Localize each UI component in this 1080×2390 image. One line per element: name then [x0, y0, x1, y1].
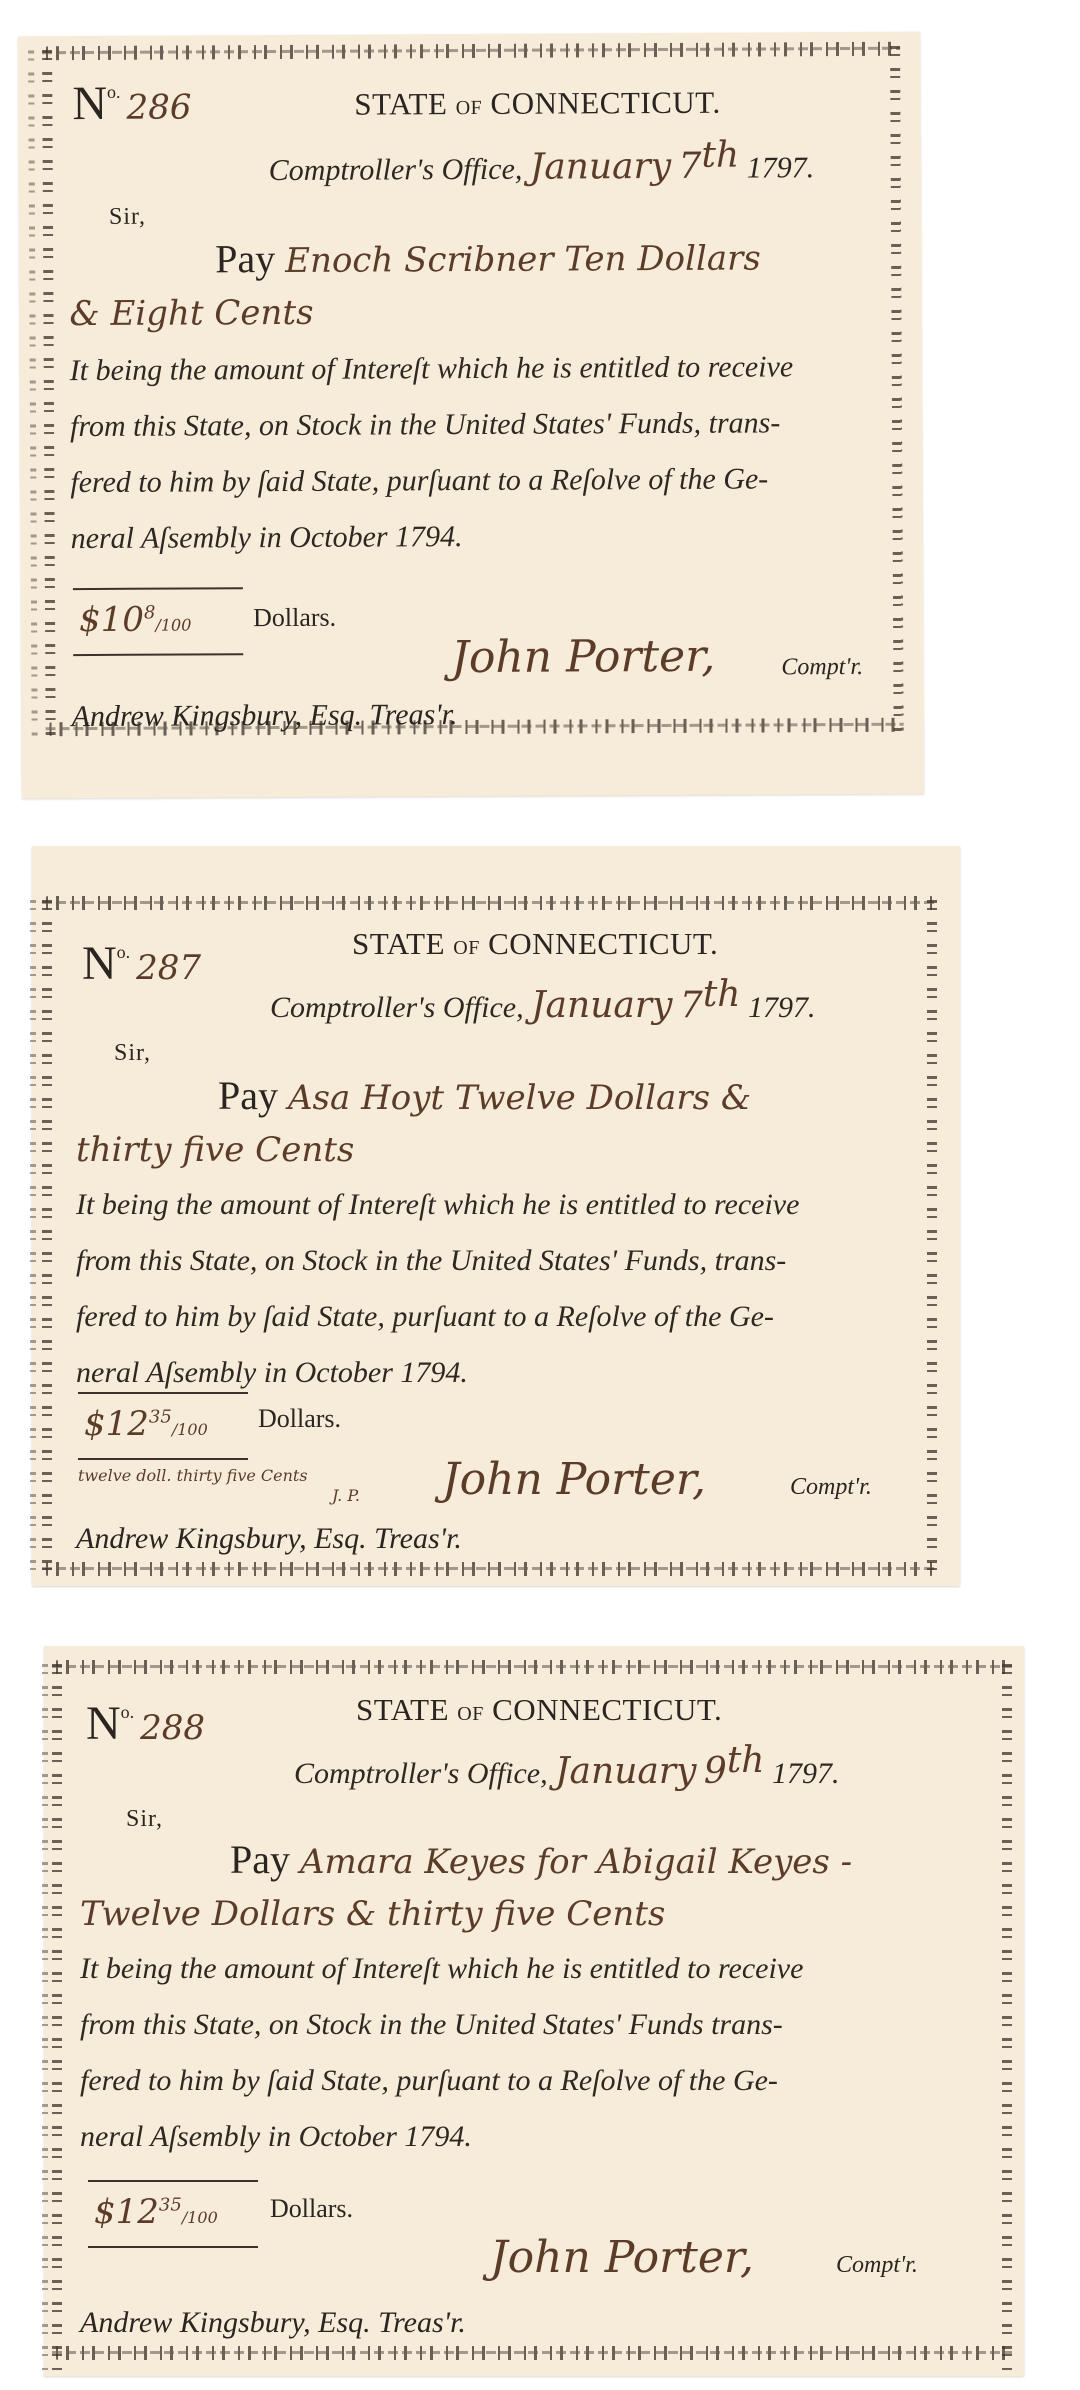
body-line-3: fered to him by ſaid State, purſuant to … — [80, 2064, 778, 2098]
treasurer-line: Andrew Kingsbury, Esq. Treas'r. — [80, 2306, 466, 2340]
document-number: No.286 — [72, 75, 191, 131]
comptroller-title: Compt'r. — [790, 1474, 872, 1501]
office-date-line: Comptroller's Office, January 9th 1797. — [294, 1740, 839, 1792]
body-line-1: It being the amount of Intereſt which he… — [80, 1952, 803, 1986]
document-286: No.286 STATE OF CONNECTICUT. Comptroller… — [18, 32, 924, 799]
page-title: STATE OF CONNECTICUT. — [356, 1692, 722, 1728]
document-number: No.287 — [82, 936, 201, 991]
document-287: No.287 STATE OF CONNECTICUT. Comptroller… — [32, 846, 960, 1586]
body-line-2: from this State, on Stock in the United … — [70, 406, 780, 444]
date-year: 1797. — [772, 1757, 840, 1790]
treasurer-line: Andrew Kingsbury, Esq. Treas'r. — [71, 698, 457, 734]
amount-box: $108/100 — [73, 587, 243, 656]
salutation: Sir, — [126, 1806, 163, 1833]
office-date-line: Comptroller's Office, January 7th 1797. — [270, 974, 815, 1026]
pay-line: PayEnoch Scribner Ten Dollars — [215, 232, 761, 282]
date-month: January — [530, 146, 671, 188]
amount-written-note: twelve doll. thirty five Cents — [78, 1466, 308, 1485]
body-line-2: from this State, on Stock in the United … — [76, 1244, 786, 1278]
salutation: Sir, — [114, 1040, 151, 1067]
dollars-label: Dollars. — [253, 603, 336, 633]
payee-line-2: Twelve Dollars & thirty five Cents — [80, 1894, 665, 1934]
date-year: 1797. — [747, 151, 815, 184]
document-number: No.288 — [86, 1696, 205, 1751]
date-day: 9 — [704, 1751, 727, 1792]
date-month: January — [555, 1751, 696, 1792]
comptroller-signature: John Porter, — [442, 1454, 706, 1505]
body-line-4: neral Aſsembly in October 1794. — [76, 1356, 468, 1390]
comptroller-signature: John Porter, — [451, 631, 715, 683]
date-day: 7 — [680, 985, 703, 1026]
body-line-1: It being the amount of Intereſt which he… — [76, 1188, 799, 1222]
payee: Asa Hoyt Twelve Dollars & — [288, 1078, 751, 1118]
number-value: 286 — [126, 87, 191, 127]
body-line-3: fered to him by ſaid State, purſuant to … — [70, 462, 768, 500]
date-day: 7 — [679, 146, 702, 187]
amount-box: $1235/100 — [88, 2180, 258, 2248]
body-line-2: from this State, on Stock in the United … — [80, 2008, 783, 2042]
amount-value: $1235/100 — [84, 1404, 208, 1444]
amount-value: $108/100 — [79, 599, 192, 640]
salutation: Sir, — [109, 204, 146, 231]
note-initials: J. P. — [332, 1486, 360, 1505]
dollars-label: Dollars. — [258, 1404, 341, 1434]
number-value: 288 — [140, 1708, 205, 1748]
treasurer-line: Andrew Kingsbury, Esq. Treas'r. — [76, 1522, 462, 1556]
amount-box: $1235/100 — [78, 1392, 248, 1460]
body-line-1: It being the amount of Intereſt which he… — [70, 350, 794, 388]
page-title: STATE OF CONNECTICUT. — [352, 926, 718, 962]
dollars-label: Dollars. — [270, 2194, 353, 2224]
document-288: No.288 STATE OF CONNECTICUT. Comptroller… — [44, 1646, 1024, 2376]
payee-line-2: & Eight Cents — [69, 293, 313, 334]
payee: Amara Keyes for Abigail Keyes - — [300, 1842, 852, 1882]
body-line-4: neral Aſsembly in October 1794. — [80, 2120, 472, 2154]
date-year: 1797. — [748, 991, 816, 1024]
comptroller-title: Compt'r. — [836, 2252, 918, 2279]
payee: Enoch Scribner Ten Dollars — [285, 238, 761, 280]
page-title: STATE OF CONNECTICUT. — [354, 85, 720, 123]
body-line-4: neral Aſsembly in October 1794. — [71, 520, 463, 556]
body-line-3: fered to him by ſaid State, purſuant to … — [76, 1300, 774, 1334]
comptroller-signature: John Porter, — [490, 2232, 754, 2283]
pay-line: PayAsa Hoyt Twelve Dollars & — [218, 1072, 751, 1119]
payee-line-2: thirty five Cents — [76, 1130, 354, 1170]
comptroller-title: Compt'r. — [781, 654, 863, 681]
office-date-line: Comptroller's Office, January 7th 1797. — [269, 134, 815, 189]
number-value: 287 — [136, 948, 201, 988]
amount-value: $1235/100 — [94, 2192, 218, 2232]
date-month: January — [531, 985, 672, 1026]
pay-line: PayAmara Keyes for Abigail Keyes - — [230, 1836, 852, 1883]
